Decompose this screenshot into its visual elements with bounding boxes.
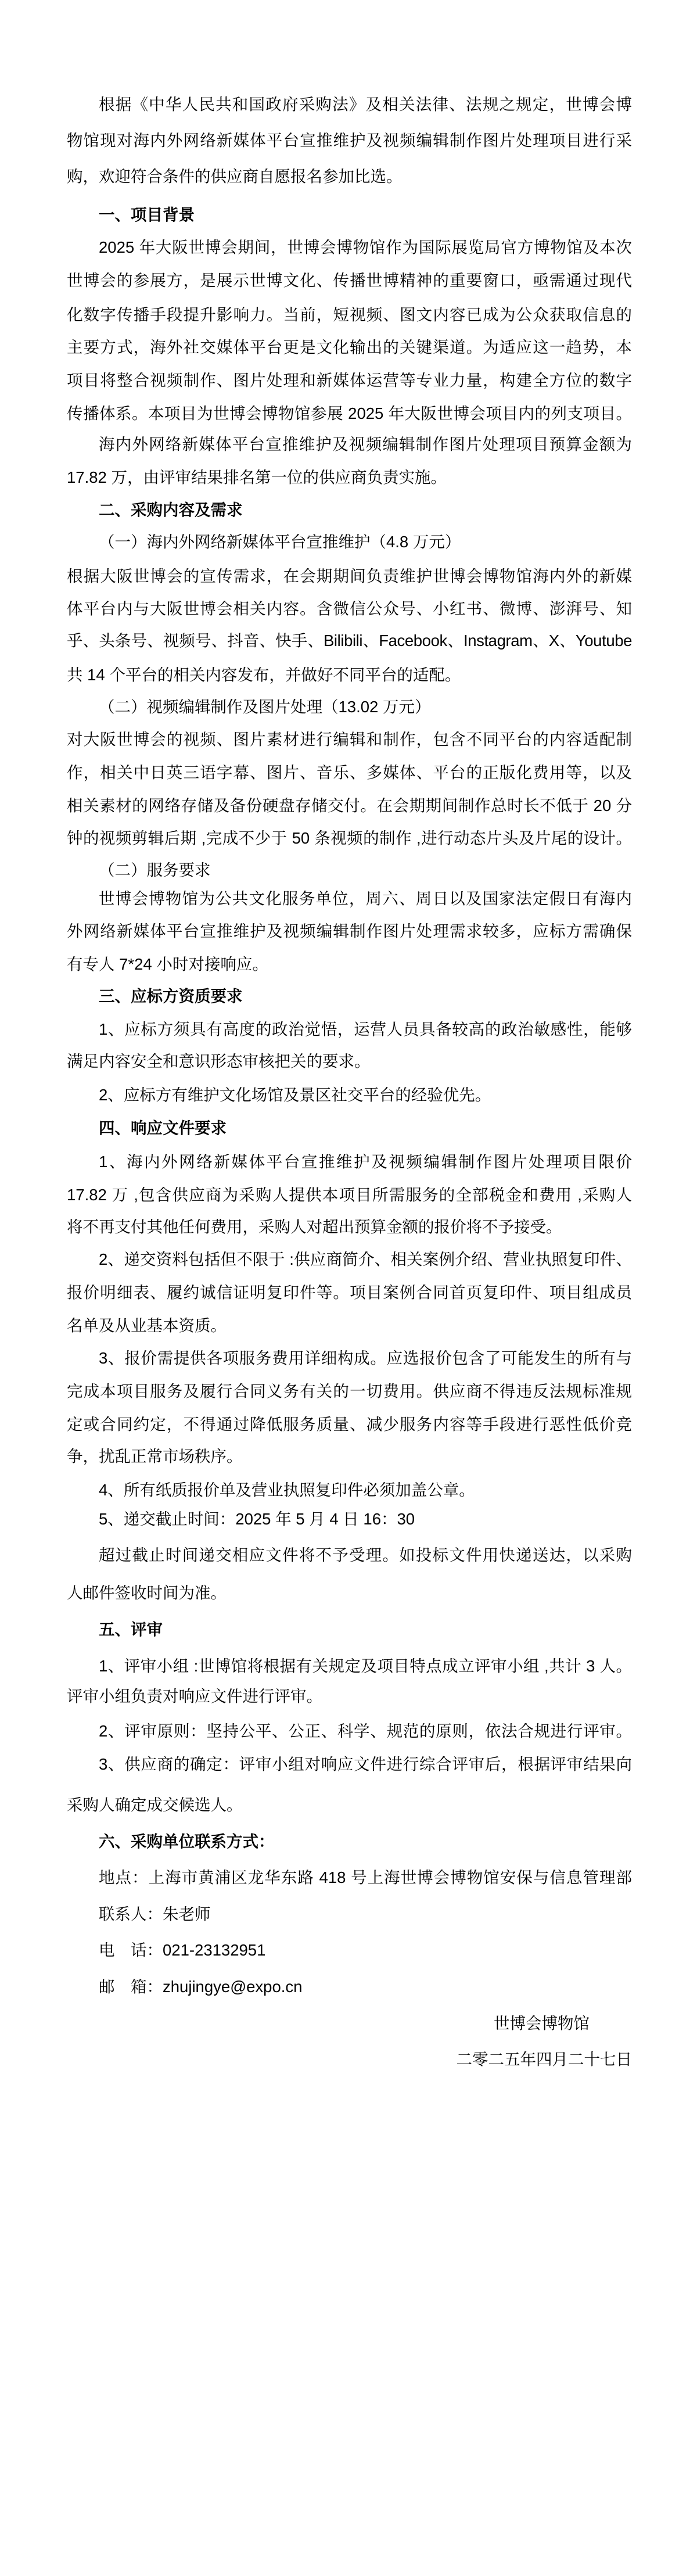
submission-deadline: 5、递交截止时间：2025 年 5 月 4 日 16：30 bbox=[67, 1508, 632, 1531]
contact-value: 朱老师 bbox=[163, 1905, 211, 1923]
signature-organization: 世博会博物馆 bbox=[494, 2012, 633, 2035]
contact-value: zhujingye@expo.cn bbox=[163, 1978, 302, 1996]
contact-value: 021-23132951 bbox=[163, 1941, 265, 1959]
paragraph-line: 满足内容安全和意识形态审核把关的要求。 bbox=[67, 1050, 632, 1073]
paragraph-line: 世博会的参展方，是展示世博文化、传播世博精神的重要窗口，亟需通过现代 bbox=[67, 269, 632, 292]
section-heading: 四、响应文件要求 bbox=[67, 1117, 632, 1140]
section-heading: 一、项目背景 bbox=[67, 203, 632, 227]
signature-date: 二零二五年四月二十七日 bbox=[67, 2048, 632, 2071]
paragraph-line: 2、递交资料包括但不限于 :供应商简介、相关案例介绍、营业执照复印件、 bbox=[67, 1248, 632, 1271]
paragraph-line: 相关素材的网络存储及备份硬盘存储交付。在会期期间制作总时长不低于 20 分 bbox=[67, 794, 632, 817]
paragraph-line: 作，相关中日英三语字幕、图片、音乐、多媒体、平台的正版化费用等，以及 bbox=[67, 761, 632, 784]
section-heading: 三、应标方资质要求 bbox=[67, 985, 632, 1008]
paragraph-line: 名单及从业基本资质。 bbox=[67, 1314, 632, 1337]
contact-phone: 电 话：021-23132951 bbox=[67, 1939, 632, 1962]
paragraph-line: 报价明细表、履约诚信证明复印件等。项目案例合同首页复印件、项目组成员 bbox=[67, 1281, 632, 1304]
paragraph-line: 3、供应商的确定：评审小组对响应文件进行综合评审后，根据评审结果向 bbox=[67, 1753, 632, 1776]
paragraph-line: 争，扰乱正常市场秩序。 bbox=[67, 1445, 632, 1468]
subsection-title: （二）视频编辑制作及图片处理（13.02 万元） bbox=[67, 695, 632, 719]
paragraph-line: 评审小组负责对响应文件进行评审。 bbox=[67, 1685, 632, 1708]
procurement-notice-page: 根据《中华人民共和国政府采购法》及相关法律、法规之规定，世博会博 物馆现对海内外… bbox=[0, 0, 697, 2576]
paragraph-line: 2025 年大阪世博会期间，世博会博物馆作为国际展览局官方博物馆及本次 bbox=[67, 236, 632, 259]
paragraph-line: 超过截止时间递交相应文件将不予受理。如投标文件用快递送达，以采购 bbox=[67, 1544, 632, 1567]
paragraph-line: 根据大阪世博会的宣传需求，在会期期间负责维护世博会博物馆海内外的新媒 bbox=[67, 565, 632, 588]
paragraph-line: 传播体系。本项目为世博会博物馆参展 2025 年大阪世博会项目内的列支项目。 bbox=[67, 402, 632, 425]
contact-address: 地点：上海市黄浦区龙华东路 418 号上海世博会博物馆安保与信息管理部 bbox=[67, 1866, 632, 1889]
subsection-title: （一）海内外网络新媒体平台宣推维护（4.8 万元） bbox=[67, 530, 632, 554]
paragraph-line: 2、应标方有维护文化场馆及景区社交平台的经验优先。 bbox=[67, 1084, 632, 1107]
paragraph-line: 3、报价需提供各项服务费用详细构成。应选报价包含了可能发生的所有与 bbox=[67, 1347, 632, 1370]
paragraph-line: 海内外网络新媒体平台宣推维护及视频编辑制作图片处理项目预算金额为 bbox=[67, 433, 632, 456]
paragraph-line: 将不再支付其他任何费用，采购人对超出预算金额的报价将不予接受。 bbox=[67, 1215, 632, 1239]
paragraph-line: 乎、头条号、视频号、抖音、快手、Bilibili、Facebook、Instag… bbox=[67, 629, 632, 652]
paragraph-line: 2、评审原则：坚持公平、公正、科学、规范的原则，依法合规进行评审。 bbox=[67, 1720, 632, 1743]
subsection-title: （二）服务要求 bbox=[67, 859, 632, 882]
paragraph-line: 购，欢迎符合条件的供应商自愿报名参加比选。 bbox=[67, 165, 632, 188]
section-heading: 五、评审 bbox=[67, 1618, 632, 1641]
paragraph-line: 有专人 7*24 小时对接响应。 bbox=[67, 953, 632, 976]
section-heading: 六、采购单位联系方式： bbox=[67, 1830, 632, 1853]
contact-label: 电 话： bbox=[99, 1941, 163, 1959]
section-heading: 二、采购内容及需求 bbox=[67, 498, 632, 522]
paragraph-line: 世博会博物馆为公共文化服务单位，周六、周日以及国家法定假日有海内 bbox=[67, 887, 632, 910]
contact-label: 邮 箱： bbox=[99, 1978, 163, 1996]
paragraph-line: 根据《中华人民共和国政府采购法》及相关法律、法规之规定，世博会博 bbox=[67, 93, 632, 116]
paragraph-line: 17.82 万，由评审结果排名第一位的供应商负责实施。 bbox=[67, 466, 632, 489]
paragraph-line: 1、海内外网络新媒体平台宣推维护及视频编辑制作图片处理项目限价 bbox=[67, 1150, 632, 1174]
paragraph-line: 共 14 个平台的相关内容发布，并做好不同平台的适配。 bbox=[67, 663, 632, 687]
contact-email: 邮 箱：zhujingye@expo.cn bbox=[67, 1975, 632, 1999]
contact-label: 联系人： bbox=[99, 1905, 163, 1923]
paragraph-line: 钟的视频剪辑后期 ,完成不少于 50 条视频的制作 ,进行动态片头及片尾的设计。 bbox=[67, 827, 632, 850]
contact-value: 上海市黄浦区龙华东路 418 号上海世博会博物馆安保与信息管理部 bbox=[149, 1868, 632, 1886]
paragraph-line: 1、评审小组 :世博馆将根据有关规定及项目特点成立评审小组 ,共计 3 人。 bbox=[67, 1655, 632, 1678]
paragraph-line: 定或合同约定，不得通过降低服务质量、减少服务内容等手段进行恶性低价竞 bbox=[67, 1413, 632, 1436]
paragraph-line: 人邮件签收时间为准。 bbox=[67, 1581, 632, 1605]
paragraph-line: 1、应标方须具有高度的政治觉悟，运营人员具备较高的政治敏感性，能够 bbox=[67, 1018, 632, 1041]
paragraph-line: 主要方式，海外社交媒体平台更是文化输出的关键渠道。为适应这一趋势，本 bbox=[67, 336, 632, 359]
paragraph-line: 完成本项目服务及履行合同义务有关的一切费用。供应商不得违反法规标准规 bbox=[67, 1380, 632, 1403]
paragraph-line: 体平台内与大阪世博会相关内容。含微信公众号、小红书、微博、澎湃号、知 bbox=[67, 597, 632, 620]
paragraph-line: 物馆现对海内外网络新媒体平台宣推维护及视频编辑制作图片处理项目进行采 bbox=[67, 129, 632, 152]
paragraph-line: 外网络新媒体平台宣推维护及视频编辑制作图片处理需求较多，应标方需确保 bbox=[67, 920, 632, 943]
contact-label: 地点： bbox=[99, 1868, 149, 1886]
paragraph-line: 项目将整合视频制作、图片处理和新媒体运营等专业力量，构建全方位的数字 bbox=[67, 369, 632, 392]
contact-person: 联系人：朱老师 bbox=[67, 1903, 632, 1926]
paragraph-line: 对大阪世博会的视频、图片素材进行编辑和制作，包含不同平台的内容适配制 bbox=[67, 728, 632, 751]
paragraph-line: 17.82 万 ,包含供应商为采购人提供本项目所需服务的全部税金和费用 ,采购人 bbox=[67, 1183, 632, 1207]
paragraph-line: 采购人确定成交候选人。 bbox=[67, 1793, 632, 1817]
paragraph-line: 化数字传播手段提升影响力。当前，短视频、图文内容已成为公众获取信息的 bbox=[67, 303, 632, 327]
paragraph-line: 4、所有纸质报价单及营业执照复印件必须加盖公章。 bbox=[67, 1479, 632, 1502]
